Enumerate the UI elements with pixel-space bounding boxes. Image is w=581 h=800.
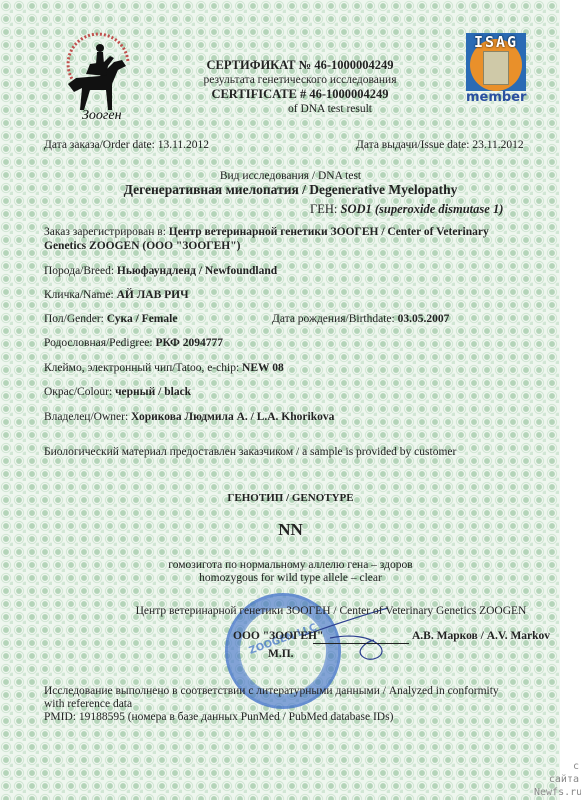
signature-line xyxy=(313,643,409,644)
certificate-subtitle-en: of DNA test result xyxy=(150,102,450,117)
interpretation-en: homozygous for wild type allele – clear xyxy=(0,571,581,585)
owner: Владелец/Owner: Хорикова Людмила А. / L.… xyxy=(44,410,334,424)
dog-name: Кличка/Name: АЙ ЛАВ РИЧ xyxy=(44,288,189,302)
sample-note: Биологический материал предоставлен зака… xyxy=(44,445,456,459)
certificate-title-en: CERTIFICATE # 46-1000004249 xyxy=(150,87,450,102)
certificate-title-block: СЕРТИФИКАТ № 46-1000004249 результата ге… xyxy=(150,58,450,116)
signature-center-line: Центр ветеринарной генетики ЗООГЕН / Cen… xyxy=(100,604,562,618)
gender: Пол/Gender: Сука / Female xyxy=(44,312,177,326)
pedigree: Родословная/Pedigree: РКФ 2094777 xyxy=(44,336,223,350)
interpretation-ru: гомозигота по нормальному аллелю гена – … xyxy=(0,558,581,572)
document-icon xyxy=(483,51,509,85)
certificate-subtitle-ru: результата генетического исследования xyxy=(150,73,450,88)
test-name: Дегенеративная миелопатия / Degenerative… xyxy=(0,182,581,198)
tattoo-chip: Клеймо, электронный чип/Tatoo, e-chip: N… xyxy=(44,361,284,375)
svg-text:Зооген: Зооген xyxy=(82,108,122,122)
zoogen-logo: Зооген xyxy=(60,22,140,122)
isag-member-badge: ISAG member xyxy=(466,33,526,111)
test-type-label: Вид исследования / DNA test xyxy=(0,169,581,183)
site-watermark: с сайта Newfs.ru xyxy=(534,760,579,799)
conformity-note: Исследование выполнено в соответствии с … xyxy=(44,685,524,724)
certificate-sheet: Зооген ISAG member СЕРТИФИКАТ № 46-10000… xyxy=(0,0,560,800)
birthdate: Дата рождения/Birthdate: 03.05.2007 xyxy=(272,312,449,326)
gene: ГЕН: SOD1 (superoxide dismutase 1) xyxy=(310,202,503,216)
registered-at: Заказ зарегистрирован в: Центр ветеринар… xyxy=(44,225,524,253)
order-date: Дата заказа/Order date: 13.11.2012 xyxy=(44,138,209,152)
certificate-title-ru: СЕРТИФИКАТ № 46-1000004249 xyxy=(150,58,450,73)
seal-label: М.П. xyxy=(268,647,294,661)
signer-name: А.В. Марков / A.V. Markov xyxy=(412,629,550,643)
issue-date: Дата выдачи/Issue date: 23.11.2012 xyxy=(356,138,524,152)
genotype-value: NN xyxy=(0,520,581,540)
genotype-label: ГЕНОТИП / GENOTYPE xyxy=(0,492,581,504)
breed: Порода/Breed: Ньюфаундленд / Newfoundlan… xyxy=(44,264,277,278)
colour: Окрас/Colour: черный / black xyxy=(44,385,191,399)
horse-rider-icon: Зооген xyxy=(60,22,140,122)
signature-org: ООО "ЗООГЕН" xyxy=(233,629,323,643)
